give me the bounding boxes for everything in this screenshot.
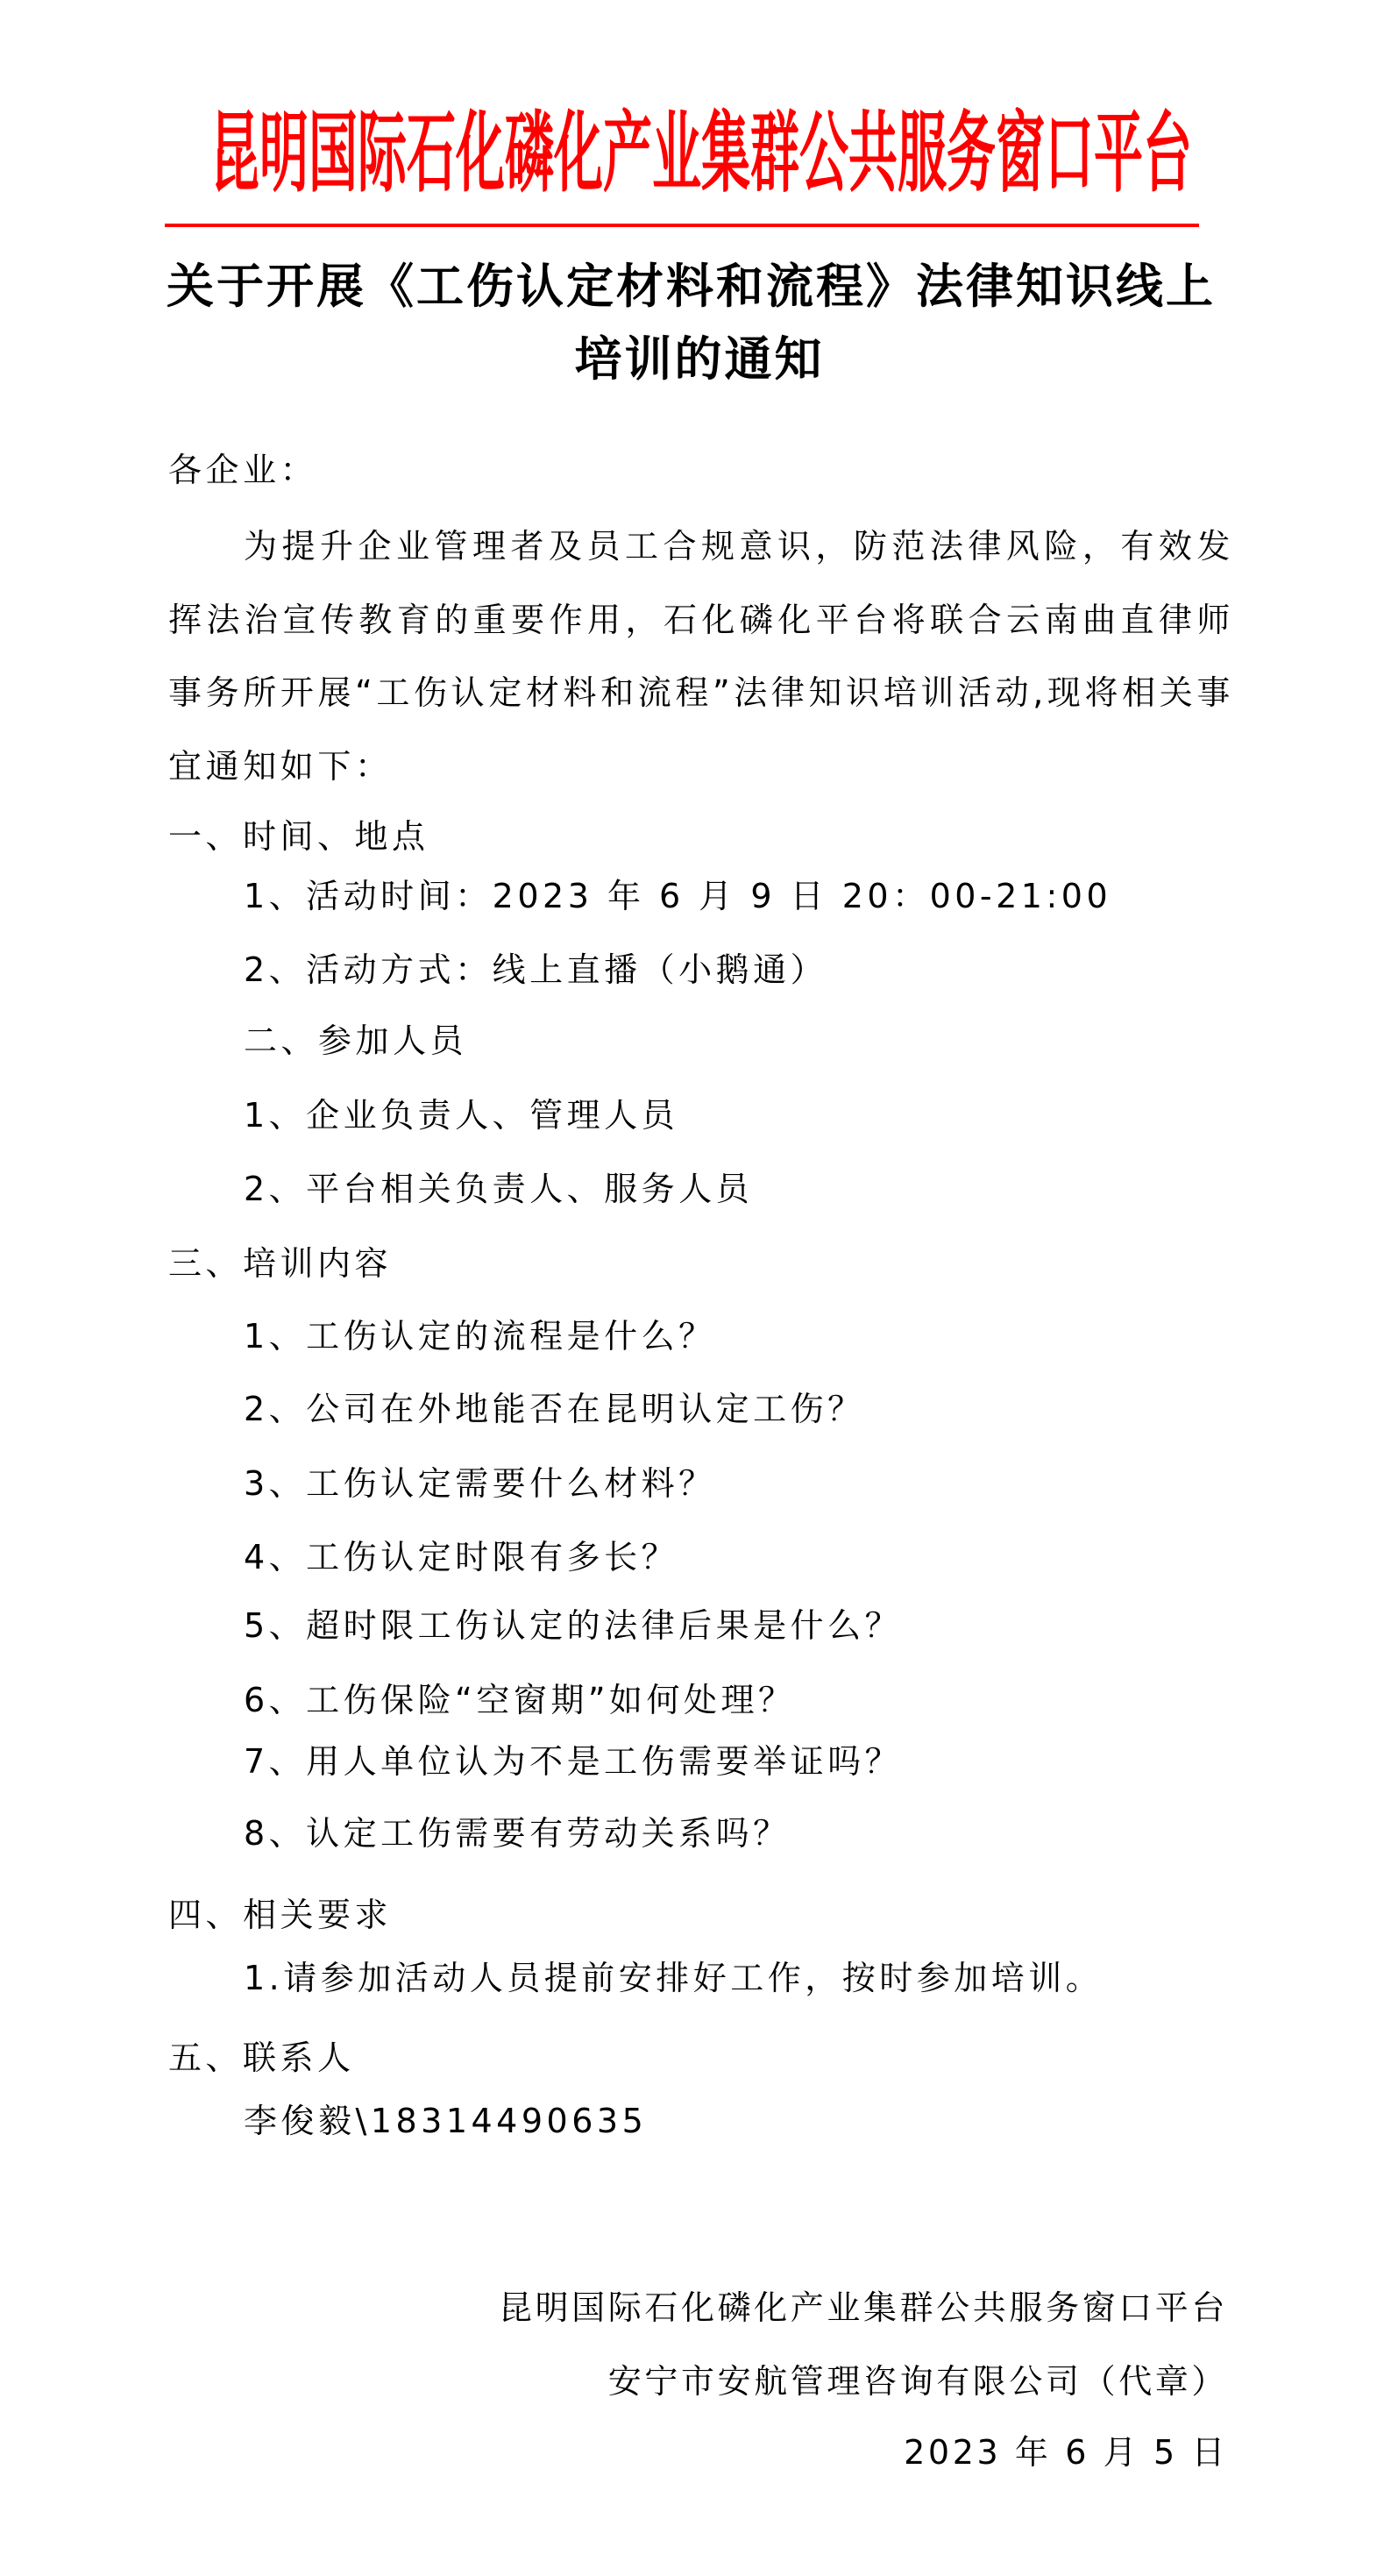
contact-person: 李俊毅\18314490635	[244, 2100, 647, 2142]
list-item: 1、活动时间：2023 年 6 月 9 日 20：00-21:00	[244, 875, 1111, 917]
list-item: 8、认定工伤需要有劳动关系吗？	[244, 1812, 791, 1854]
list-item: 7、用人单位认为不是工伤需要举证吗？	[244, 1740, 902, 1783]
list-item: 3、工伤认定需要什么材料？	[244, 1462, 716, 1505]
section-heading-time-place: 一、时间、地点	[168, 815, 429, 857]
section-heading-content: 三、培训内容	[168, 1242, 392, 1284]
list-item: 2、活动方式：线上直播（小鹅通）	[244, 949, 827, 991]
section-heading-requirements: 四、相关要求	[168, 1894, 392, 1936]
list-item: 1.请参加活动人员提前安排好工作，按时参加培训。	[244, 1957, 1103, 1999]
list-item: 1、工伤认定的流程是什么？	[244, 1315, 716, 1357]
masthead-org-name: 昆明国际石化磷化产业集群公共服务窗口平台	[210, 103, 1182, 202]
closing-date: 2023 年 6 月 5 日	[904, 2431, 1228, 2473]
intro-paragraph: 为提升企业管理者及员工合规意识，防范法律风险，有效发挥法治宣传教育的重要作用，石…	[168, 510, 1234, 803]
closing-co-issuer: 安宁市安航管理咨询有限公司（代章）	[608, 2360, 1228, 2402]
section-heading-contact: 五、联系人	[168, 2037, 355, 2079]
list-item: 1、企业负责人、管理人员	[244, 1094, 678, 1136]
document-page: 昆明国际石化磷化产业集群公共服务窗口平台 关于开展《工伤认定材料和流程》法律知识…	[0, 0, 1391, 2576]
section-heading-participants: 二、参加人员	[244, 1020, 467, 1062]
salutation: 各企业：	[168, 449, 317, 491]
closing-issuer: 昆明国际石化磷化产业集群公共服务窗口平台	[499, 2287, 1228, 2329]
red-divider-rule	[165, 224, 1199, 227]
document-title-line-2: 培训的通知	[168, 331, 1231, 387]
list-item: 2、平台相关负责人、服务人员	[244, 1168, 753, 1210]
masthead-text: 昆明国际石化磷化产业集群公共服务窗口平台	[210, 103, 1192, 202]
list-item: 4、工伤认定时限有多长？	[244, 1536, 678, 1578]
list-item: 5、超时限工伤认定的法律后果是什么？	[244, 1605, 902, 1647]
list-item: 2、公司在外地能否在昆明认定工伤？	[244, 1388, 865, 1430]
list-item: 6、工伤保险“空窗期”如何处理？	[244, 1679, 796, 1721]
document-title-line-1: 关于开展《工伤认定材料和流程》法律知识线上	[167, 258, 1236, 314]
